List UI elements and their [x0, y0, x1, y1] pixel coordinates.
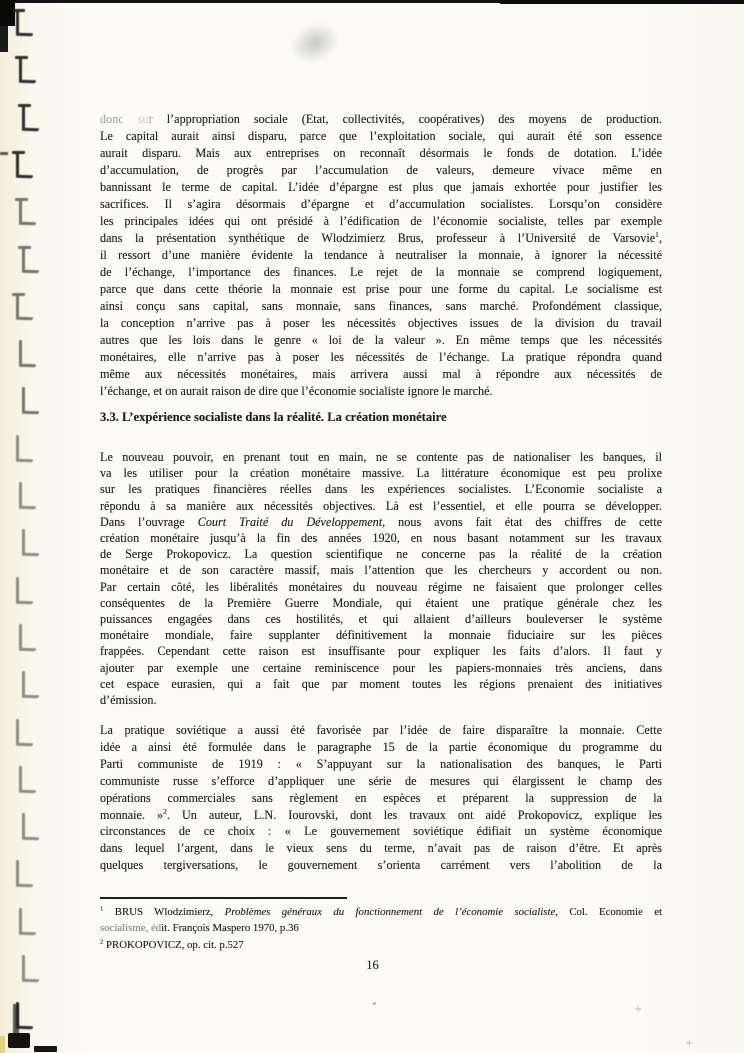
binding-mark	[15, 386, 43, 422]
text-line: Le nouveau pouvoir, en prenant tout en m…	[100, 449, 662, 465]
text-line: va les utiliser pour la création monétai…	[100, 465, 662, 481]
text-line: quelques tergiversations, le gouvernemen…	[100, 857, 662, 874]
section-heading: 3.3. L’expérience socialiste dans la réa…	[100, 410, 662, 425]
binding-mark	[9, 8, 37, 44]
text-line: sur les pratiques financières réelles da…	[100, 481, 662, 497]
document-page: donc sur l’appropriation sociale (Etat, …	[0, 0, 744, 1053]
binding-mark	[9, 434, 37, 470]
binding-mark	[15, 245, 43, 281]
text-line: l’échange, et on aurait raison de dire q…	[100, 383, 662, 400]
text-line: de l’échange, l’importance des finances.…	[100, 264, 662, 281]
text-line: puissances engagées dans ces hostilités,…	[100, 611, 662, 627]
binding-mark	[12, 55, 40, 91]
text-line: les principales idées qui ont présidé à …	[100, 213, 662, 230]
binding-mark	[15, 812, 43, 848]
scan-bottom-dash	[34, 1046, 57, 1052]
scan-bottom-left-yellow-strip	[0, 1036, 5, 1053]
binding-mark	[9, 859, 37, 895]
page-number: 16	[100, 958, 645, 973]
text-line: bannissant le terme de capital. L’idée d…	[100, 179, 662, 196]
scan-plus-speck: +	[685, 1038, 693, 1049]
footnote-separator-rule	[100, 897, 347, 899]
ink-fade-patch	[122, 112, 148, 126]
binding-mark	[9, 576, 37, 612]
binding-mark	[12, 765, 40, 801]
text-line: dans la présentation synthétique de Wlod…	[100, 230, 662, 247]
text-line: de Serge Prokopovicz. La question scient…	[100, 546, 662, 562]
text-line: frappées. Cependant cette raison est ins…	[100, 643, 662, 659]
paragraph-soviet-practice: La pratique soviétique a aussi été favor…	[100, 722, 662, 874]
text-line: cet espace eurasien, qui a fait que par …	[100, 676, 662, 692]
binding-mark	[15, 670, 43, 706]
binding-mark	[15, 528, 43, 564]
paragraph-monetary-creation: Le nouveau pouvoir, en prenant tout en m…	[100, 449, 662, 708]
text-line: autres que les lois dans le genre « loi …	[100, 332, 662, 349]
text-line: il ressort d’une manière évidente la ten…	[100, 247, 662, 264]
binding-mark	[9, 150, 37, 186]
scan-left-dash	[0, 152, 8, 155]
text-line: communiste russe s’efforce d’appliquer u…	[100, 773, 662, 790]
text-line: conséquentes de la Première Guerre Mondi…	[100, 595, 662, 611]
binding-mark	[9, 292, 37, 328]
text-line: opérations commerciales sans règlement e…	[100, 790, 662, 807]
text-line: monétaires, elle n’arrive pas à poser le…	[100, 349, 662, 366]
text-line: monétaire et de son caractère massif, ma…	[100, 562, 662, 578]
text-line: d’émission.	[100, 692, 662, 708]
binding-mark	[15, 103, 43, 139]
binding-mark	[12, 907, 40, 943]
scan-plus-speck: +	[634, 1004, 642, 1015]
text-line: donc sur l’appropriation sociale (Etat, …	[100, 111, 662, 128]
text-line: La pratique soviétique a aussi été favor…	[100, 722, 662, 739]
binding-mark	[12, 481, 40, 517]
scan-top-edge-line-thick	[500, 0, 744, 4]
text-line: la conception n’arrive pas à poser les n…	[100, 315, 662, 332]
text-line: monnaie. »2. Un auteur, L.N. Iourovski, …	[100, 807, 662, 824]
scan-speck	[373, 1002, 376, 1005]
text-line: monétaire mondiale, faire supplanter déf…	[100, 627, 662, 643]
scan-smudge	[284, 15, 345, 71]
binding-mark	[9, 718, 37, 754]
text-line: ajouter par exemple une certaine reminis…	[100, 660, 662, 676]
text-line: Dans l’ouvrage Court Traité du Développe…	[100, 514, 662, 530]
paragraph-socialist-economy-ideas: donc sur l’appropriation sociale (Etat, …	[100, 111, 662, 400]
text-line: même aux nécessités monétaires, mais arr…	[100, 366, 662, 383]
footnote-2: 2 PROKOPOVICZ, op. cit. p.527	[100, 937, 662, 953]
binding-mark	[15, 954, 43, 990]
text-line: Le capital aurait ainsi disparu, parce q…	[100, 128, 662, 145]
text-line: aurait disparu. Mais aux entreprises on …	[100, 145, 662, 162]
binding-mark	[12, 197, 40, 233]
text-line: 2 PROKOPOVICZ, op. cit. p.527	[100, 937, 662, 953]
text-line: circonstances de ce choix : « Le gouvern…	[100, 823, 662, 840]
footnote-1: 1 BRUS Wlodzimierz, Problèmes généraux d…	[100, 904, 662, 936]
text-line: ainsi conçu sans capital, sans monnaie, …	[100, 298, 662, 315]
binding-mark	[12, 339, 40, 375]
text-line: idée a ainsi été formulée dans le paragr…	[100, 739, 662, 756]
ink-fade-patch	[96, 921, 162, 936]
text-line: sacrifices. Il s’agira désormais d’éparg…	[100, 196, 662, 213]
text-line: d’accumulation, de progrès par l’accumul…	[100, 162, 662, 179]
text-line: 1 BRUS Wlodzimierz, Problèmes généraux d…	[100, 904, 662, 920]
text-line: répondu à sa manière aux nécessités obje…	[100, 498, 662, 514]
text-line: création monétaire jusqu’à la fin des an…	[100, 530, 662, 546]
text-line: parce que dans cette théorie la monnaie …	[100, 281, 662, 298]
binding-mark	[12, 623, 40, 659]
text-line: Par certain côté, les libéralités monéta…	[100, 579, 662, 595]
text-line: dans lequel l’argent, dans le vieux sens…	[100, 840, 662, 857]
binding-mark	[9, 1001, 37, 1037]
text-line: Parti communiste de 1919 : « S’appuyant …	[100, 756, 662, 773]
text-line: socialisme, édit. François Maspero 1970,…	[100, 920, 662, 936]
